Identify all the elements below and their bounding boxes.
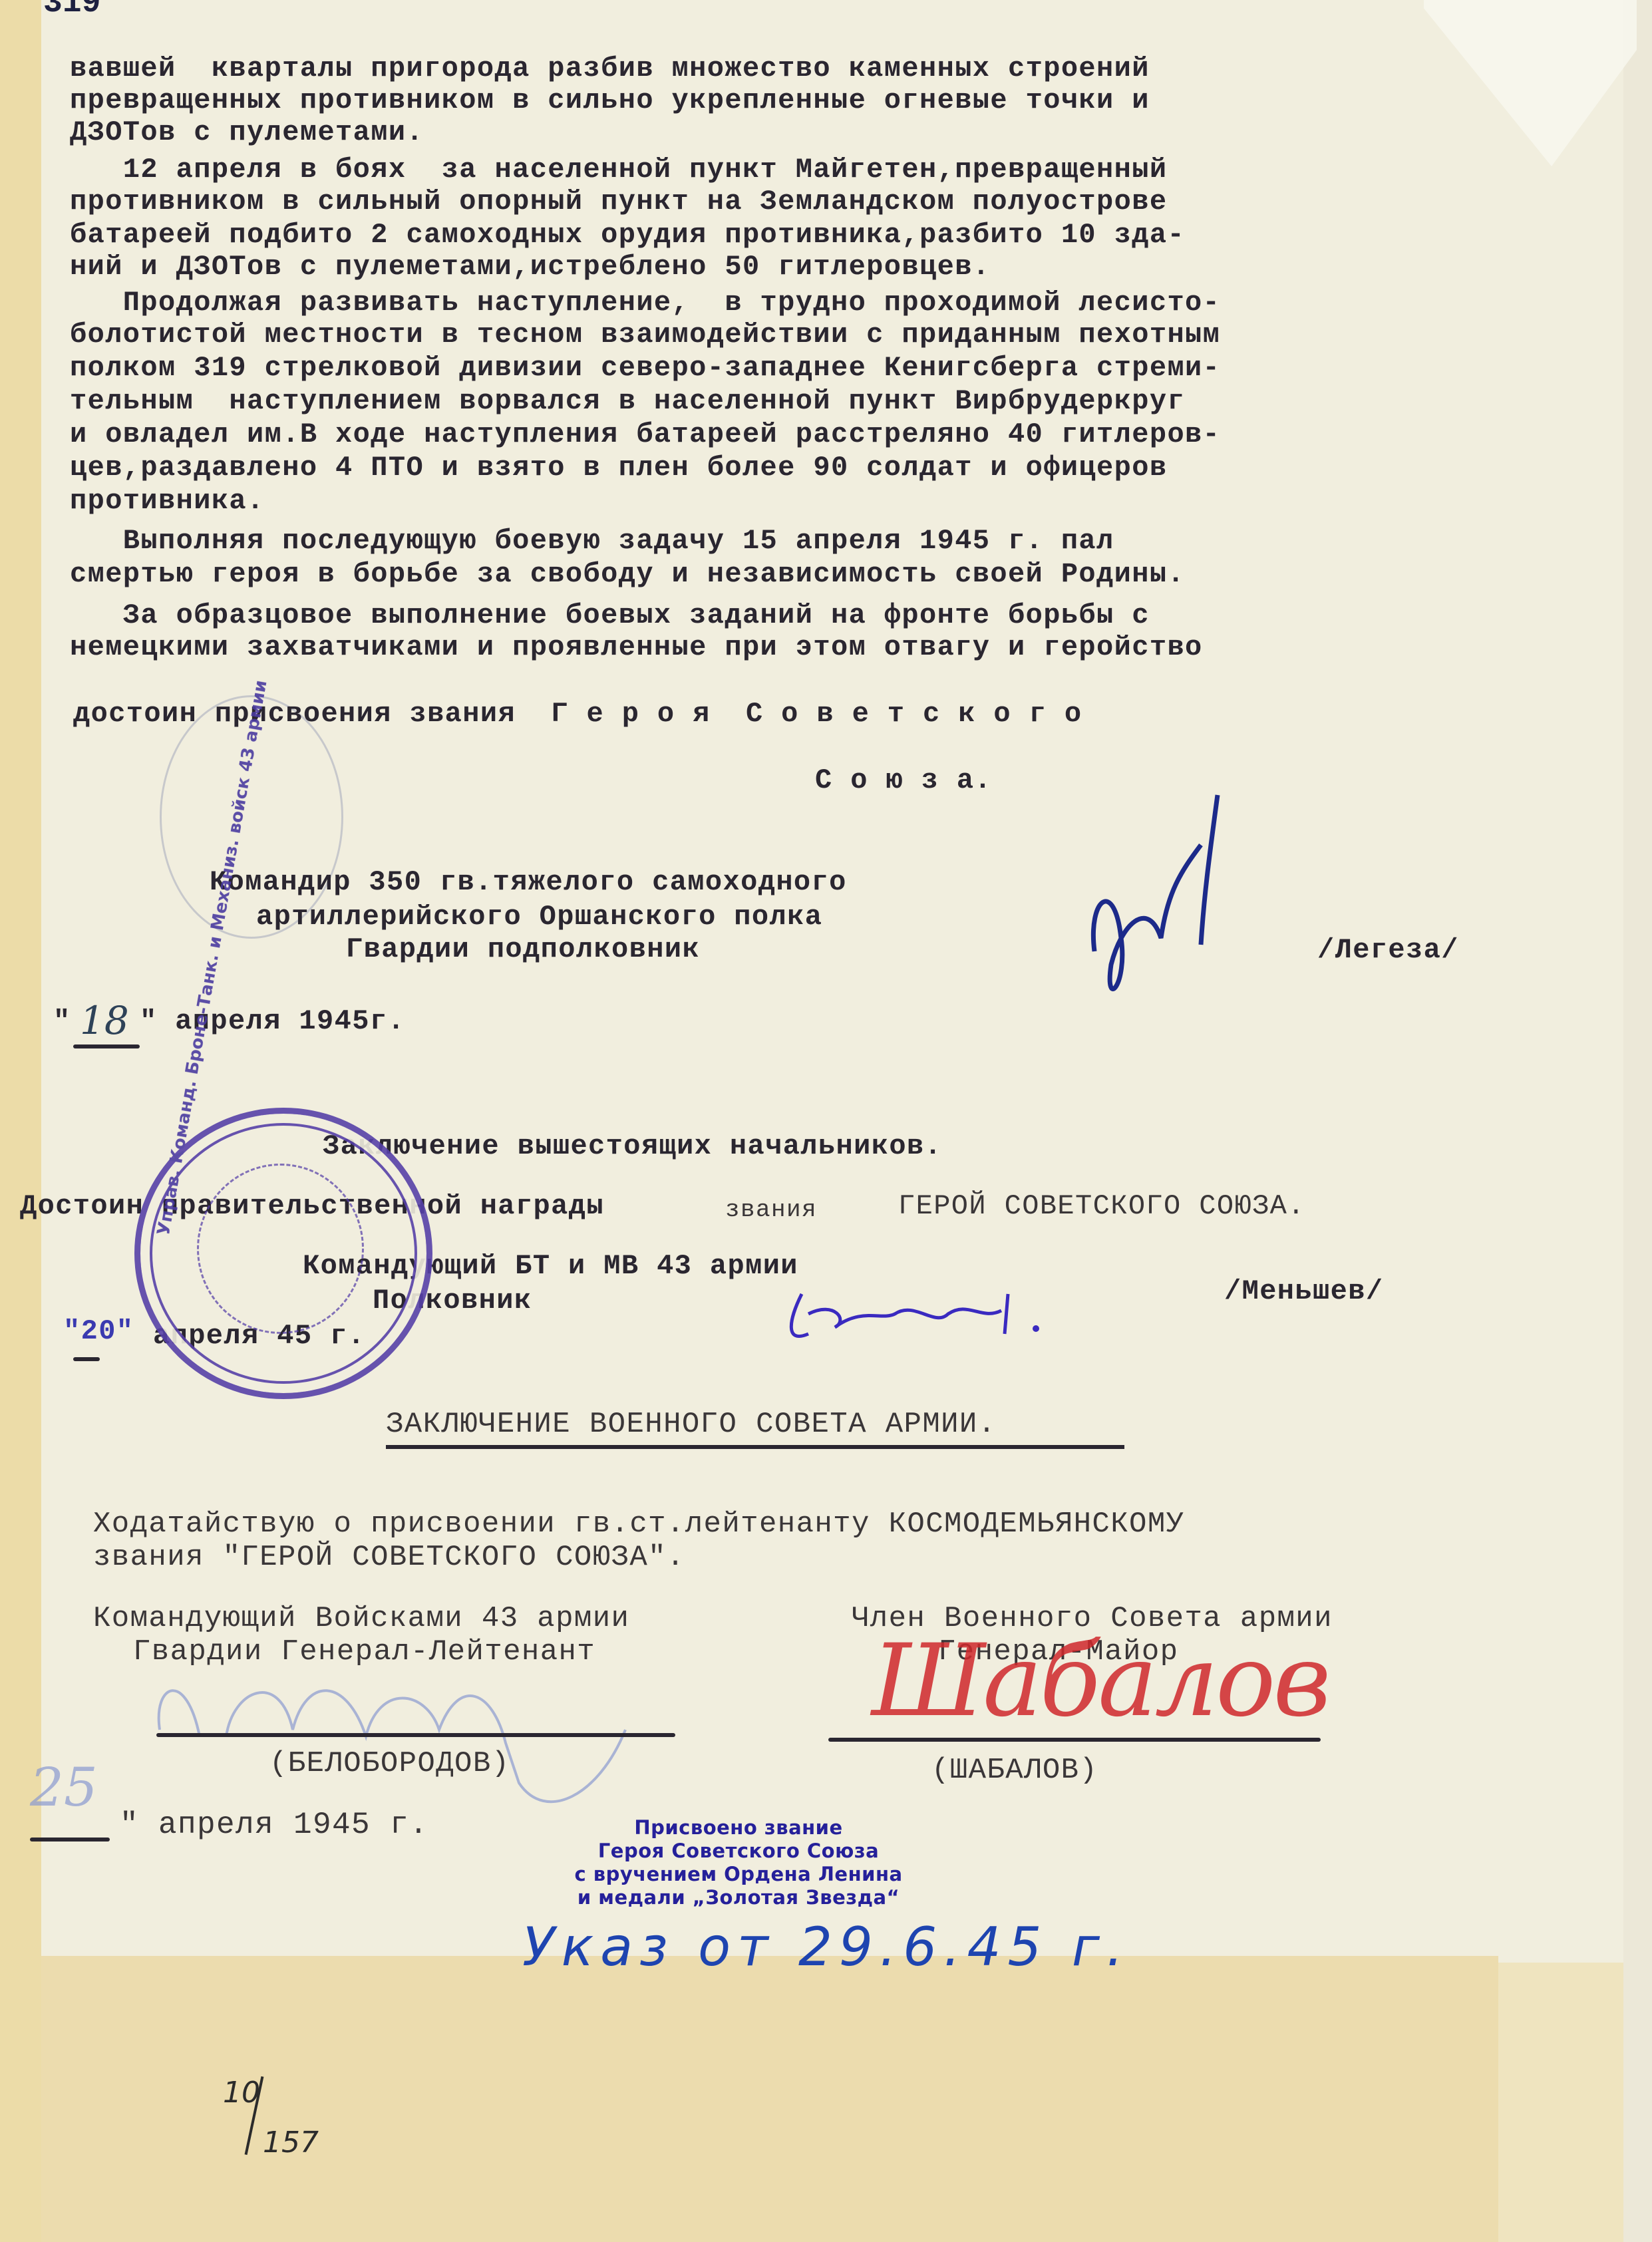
decree-handwritten-note: Указ от 29.6.45 г. bbox=[522, 1916, 1130, 1978]
superiors-verdict-small: звания bbox=[725, 1194, 817, 1225]
superiors-heading: Заключение вышестоящих начальников. bbox=[323, 1131, 942, 1162]
official-round-stamp: Управ. Команд. Броне-Танк. и Механиз. во… bbox=[134, 1108, 432, 1399]
left-signatory-title: Командующий Войсками 43 армии bbox=[93, 1603, 629, 1635]
superiors-verdict-title: ГЕРОЙ СОВЕТСКОГО СОЮЗА. bbox=[898, 1191, 1305, 1222]
left-signature-line bbox=[156, 1733, 675, 1737]
right-signatory-signature: Шабалов bbox=[872, 1623, 1329, 1739]
narrative-line: превращенных противником в сильно укрепл… bbox=[70, 85, 1150, 116]
superiors-signature bbox=[782, 1281, 1094, 1347]
commander-date: " апреля 1945г. bbox=[140, 1006, 405, 1037]
narrative-line: смертью героя в борьбе за свободу и неза… bbox=[70, 559, 1185, 590]
narrative-line: и овладел им.В ходе наступления батареей… bbox=[70, 419, 1220, 450]
narrative-line: 12 апреля в боях за населенной пункт Май… bbox=[70, 154, 1167, 186]
narrative-line: Продолжая развивать наступление, в трудн… bbox=[70, 287, 1220, 319]
commander-title: артиллерийского Оршанского полка bbox=[256, 901, 822, 933]
narrative-line: ний и ДЗОТов с пулеметами,истреблено 50 … bbox=[70, 251, 990, 283]
archive-number-denominator: 157 bbox=[263, 2126, 319, 2160]
council-date-day: 25 bbox=[30, 1756, 98, 1818]
archive-binding-strip bbox=[0, 0, 41, 2242]
narrative-line: цев,раздавлено 4 ПТО и взято в плен боле… bbox=[70, 452, 1167, 484]
narrative-line: противника. bbox=[70, 486, 265, 517]
council-heading-underline bbox=[386, 1445, 1124, 1449]
narrative-line: ДЗОТов с пулеметами. bbox=[70, 117, 424, 148]
commander-signature bbox=[1074, 792, 1228, 1011]
commander-name: /Легеза/ bbox=[1317, 935, 1459, 966]
award-stamp-line: и медали „Золотая Звезда“ bbox=[552, 1886, 925, 1909]
left-signatory-name: (БЕЛОБОРОДОВ) bbox=[269, 1748, 510, 1780]
superiors-date-day: "20" bbox=[63, 1316, 134, 1347]
recommendation-line-soyuza: С о ю з а. bbox=[815, 765, 992, 796]
narrative-line: вавшей кварталы пригорода разбив множест… bbox=[70, 53, 1150, 84]
commander-rank: Гвардии подполковник bbox=[346, 934, 700, 965]
narrative-line: тельным наступлением ворвался в населенн… bbox=[70, 386, 1185, 417]
right-signatory-name: (ШАБАЛОВ) bbox=[931, 1755, 1098, 1786]
right-signature-line bbox=[828, 1738, 1321, 1742]
page-right-edge bbox=[1623, 0, 1652, 2242]
narrative-line: полком 319 стрелковой дивизии северо-зап… bbox=[70, 353, 1220, 384]
narrative-line: Выполняя последующую боевую задачу 15 ап… bbox=[70, 526, 1114, 557]
award-stamp-line: Присвоено звание bbox=[552, 1816, 925, 1840]
commander-date-quote: " bbox=[53, 1006, 71, 1037]
council-heading: ЗАКЛЮЧЕНИЕ ВОЕННОГО СОВЕТА АРМИИ. bbox=[386, 1409, 997, 1440]
narrative-line: батареей подбито 2 самоходных орудия про… bbox=[70, 220, 1185, 251]
council-petition: Ходатайствую о присвоении гв.ст.лейтенан… bbox=[93, 1509, 1184, 1540]
narrative-line: немецкими захватчиками и проявленные при… bbox=[70, 632, 1203, 663]
commander-date-day: 18 bbox=[80, 998, 129, 1043]
superiors-name: /Меньшев/ bbox=[1224, 1276, 1383, 1307]
award-stamp-line: с вручением Ордена Ленина bbox=[552, 1863, 925, 1886]
narrative-line: болотистой местности в тесном взаимодейс… bbox=[70, 319, 1220, 351]
recommendation-line: достоин присвоения звания Г е р о я С о … bbox=[73, 699, 1082, 730]
narrative-line: За образцовое выполнение боевых заданий … bbox=[70, 600, 1150, 631]
council-petition: звания "ГЕРОЙ СОВЕТСКОГО СОЮЗА". bbox=[93, 1542, 685, 1573]
date-underline bbox=[73, 1044, 140, 1048]
commander-title: Командир 350 гв.тяжелого самоходного bbox=[210, 867, 847, 898]
narrative-line: противником в сильный опорный пункт на З… bbox=[70, 186, 1167, 218]
council-date: " апреля 1945 г. bbox=[120, 1810, 428, 1841]
award-stamp-line: Героя Советского Союза bbox=[552, 1840, 925, 1863]
state-emblem-icon bbox=[197, 1164, 364, 1334]
date-underline bbox=[30, 1838, 110, 1842]
date-underline bbox=[73, 1357, 100, 1361]
sheet-number: 319 bbox=[43, 0, 100, 21]
